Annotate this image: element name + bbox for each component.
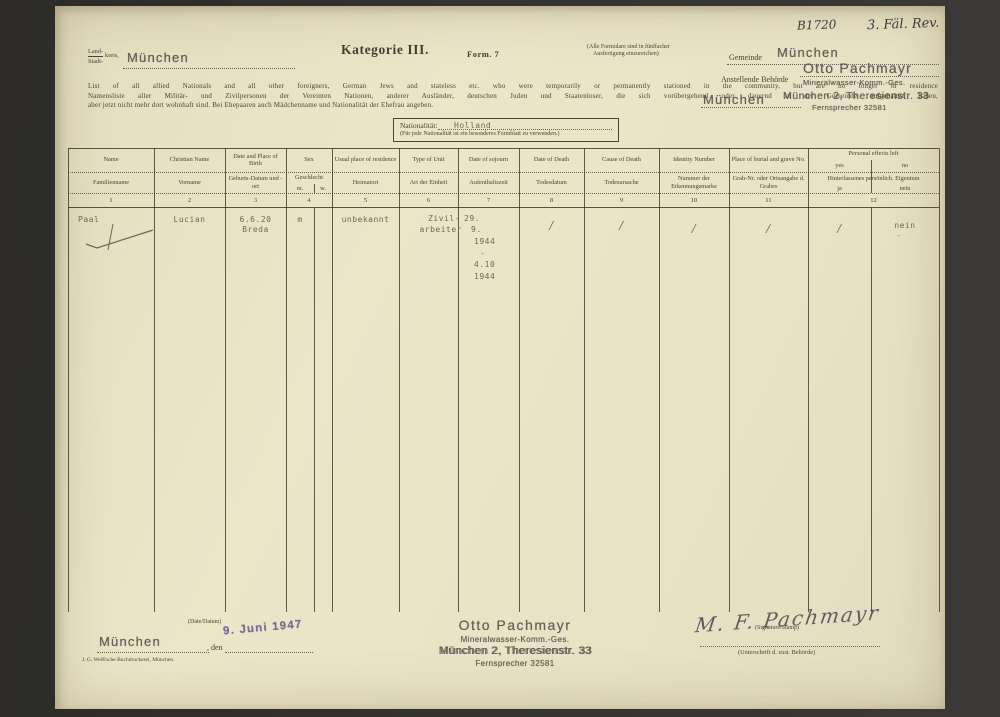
footer-place-dotted-line <box>97 638 209 653</box>
table-vertical-line <box>729 148 730 612</box>
cell-sojourn-4: - <box>480 249 485 258</box>
column-header-unit-en: Type of Unit <box>399 148 458 172</box>
column-header-effects-de: Hinterlassenes persönlich. Eigentum <box>808 172 939 185</box>
category-title: Kategorie III. <box>305 42 465 58</box>
nationality-value: Holland <box>454 121 491 130</box>
column-header-identity-number-en: Identity Number <box>659 148 729 172</box>
column-number-name: 1 <box>68 193 154 207</box>
cell-birth-date: 6.6.20 <box>225 215 286 224</box>
cell-vorname: Lucian <box>154 215 225 224</box>
table-subdivider-effects <box>871 160 872 193</box>
column-header-unit-de: Art der Einheit <box>399 172 458 193</box>
column-header-christian-name-de: Vorname <box>154 172 225 193</box>
form-number: Form. 7 <box>467 49 499 59</box>
authority-stamp-name: Otto Pachmayr <box>803 60 912 76</box>
column-header-sex-de: Geschlecht <box>286 172 332 184</box>
column-number-death-date: 8 <box>519 193 584 207</box>
table-vertical-line <box>808 148 809 612</box>
company-stamp-company: Mineralwasser-Komm.-Ges. <box>410 635 620 644</box>
scanner-background: Land- Stadt- kreis, München Kategorie II… <box>0 0 1000 717</box>
column-header-sex-w: w. <box>314 184 332 193</box>
column-header-sojourn-en: Date of sojourn <box>458 148 519 172</box>
table-subdivider-effects <box>871 207 872 612</box>
column-number-identity-number: 10 <box>659 193 729 207</box>
column-number-birth: 3 <box>225 193 286 207</box>
company-stamp-name: Otto Pachmayr <box>410 617 620 633</box>
column-header-name-de: Familienname <box>68 172 154 193</box>
copies-note: (Alle Formulare sind in fünffacher Ausfe… <box>587 44 670 58</box>
cell-sojourn-6: 1944 <box>474 272 495 281</box>
column-header-residence-de: Heimatort <box>332 172 399 193</box>
company-stamp-address: München 2, Theresienstr. 33 <box>410 645 620 657</box>
column-number-sojourn: 7 <box>458 193 519 207</box>
kreis-label-suffix: kreis, <box>105 52 119 59</box>
company-stamp: Otto Pachmayr Mineralwasser-Komm.-Ges. M… <box>410 617 620 668</box>
cell-sojourn-1: 29. <box>464 214 480 223</box>
column-header-sex-m: m. <box>286 184 314 193</box>
column-number-effects: 12 <box>808 193 939 207</box>
column-header-birth-de: Geburts-Datum und -ort <box>225 172 286 193</box>
cell-effects-no-mark: - <box>865 232 933 240</box>
cell-sex: m <box>286 215 314 224</box>
footer-date-dotted-line <box>225 638 313 653</box>
column-number-residence: 5 <box>332 193 399 207</box>
column-header-effects-en-no: no <box>871 160 939 172</box>
gemeinde-value-stamp: München <box>777 45 839 60</box>
column-header-death-date-en: Date of Death <box>519 148 584 172</box>
table-vertical-line <box>584 148 585 612</box>
nationality-box: Nationalität: Holland (Für jede National… <box>393 118 619 142</box>
column-header-effects-de-ja: ja <box>808 185 871 193</box>
signature-caption: (Unterschrift d. zust. Behörde) <box>738 649 815 656</box>
table-vertical-line <box>659 148 660 612</box>
column-header-birth-en: Date and Place of Birth <box>225 148 286 172</box>
cell-unit-line1: Zivil- <box>399 214 460 223</box>
cell-identity-number: / <box>658 222 731 235</box>
intro-line-de-2: aber jetzt nicht mehr dort wohnhaft sind… <box>88 101 938 111</box>
column-header-effects-en: Personal effects left <box>808 148 939 160</box>
column-header-death-cause-en: Cause of Death <box>584 148 659 172</box>
column-header-death-date-de: Todesdatum <box>519 172 584 193</box>
column-header-sex-en: Sex <box>286 148 332 172</box>
column-header-effects-de-nein: nein <box>871 185 939 193</box>
cell-sojourn-3: 1944 <box>474 237 495 246</box>
column-header-burial-de: Grab-Nr. oder Ortsangabe d. Grabes <box>729 172 808 193</box>
kreis-label-land: Land- <box>88 48 103 55</box>
table-header-separator <box>68 193 939 194</box>
cell-sojourn-5: 4.10 <box>474 260 495 269</box>
cell-death-cause: / <box>583 219 661 232</box>
copies-note-line2: Ausfertigung einzureichen) <box>587 51 670 58</box>
table-number-row-border <box>68 207 939 208</box>
column-number-unit: 6 <box>399 193 458 207</box>
column-number-burial: 11 <box>729 193 808 207</box>
column-header-christian-name-en: Christian Name <box>154 148 225 172</box>
cell-effects-yes: / <box>807 222 873 235</box>
column-header-burial-en: Place of burial and grave No. <box>729 148 808 172</box>
column-number-sex: 4 <box>286 193 332 207</box>
cell-effects-no: nein <box>871 221 939 230</box>
intro-line-de-1: Namensliste aller Militär- und Zivilpers… <box>88 92 938 102</box>
cell-birth-place: Breda <box>225 225 286 234</box>
date-datum-label: (Date/Datum) <box>188 619 221 626</box>
table-header-separator <box>68 172 939 173</box>
column-header-effects-en-yes: yes <box>808 160 871 172</box>
table-subdivider-sex <box>314 184 315 193</box>
column-header-sojourn-de: Aufenthaltszeit <box>458 172 519 193</box>
document-paper: Land- Stadt- kreis, München Kategorie II… <box>55 6 945 709</box>
column-header-identity-number-de: Nummer der Erkennungsmarke <box>659 172 729 193</box>
column-number-death-cause: 9 <box>584 193 659 207</box>
cell-sojourn-2: 9. <box>471 225 482 234</box>
pencil-check-mark <box>83 222 158 252</box>
cell-unit-line2: arbeiter <box>399 225 462 234</box>
table-subdivider-sex <box>314 207 315 612</box>
nationality-label: Nationalität: <box>400 121 438 130</box>
kreis-field: Land- Stadt- kreis, <box>88 48 119 66</box>
handwritten-reference: B1720 <box>797 17 837 32</box>
intro-paragraph: List of all allied Nationals and all oth… <box>88 82 938 111</box>
nationality-note: (Für jede Nationalität ist ein besondere… <box>400 131 612 137</box>
column-header-death-cause-de: Todesursache <box>584 172 659 193</box>
table-vertical-line <box>519 148 520 612</box>
kreis-label-stadt: Stadt- <box>88 58 103 65</box>
date-stamp: 9. Juni 1947 <box>223 619 303 638</box>
handwritten-revision-note: 3. Fäl. Rev. <box>867 16 940 34</box>
column-number-christian-name: 2 <box>154 193 225 207</box>
cell-burial: / <box>728 222 810 235</box>
intro-line-en: List of all allied Nationals and all oth… <box>88 82 938 92</box>
column-header-name-en: Name <box>68 148 154 172</box>
cell-death-date: / <box>518 219 586 232</box>
table-top-border <box>68 148 939 149</box>
table-vertical-line <box>939 148 940 612</box>
den-label: , den <box>207 643 223 652</box>
company-stamp-phone: Fernsprecher 32581 <box>410 659 620 668</box>
printer-imprint: J. G. Weiß'sche Buchdruckerei, München. <box>82 657 174 663</box>
column-header-residence-en: Usual place of residence <box>332 148 399 172</box>
cell-residence: unbekannt <box>332 215 399 224</box>
kreis-dotted-line <box>123 54 295 69</box>
